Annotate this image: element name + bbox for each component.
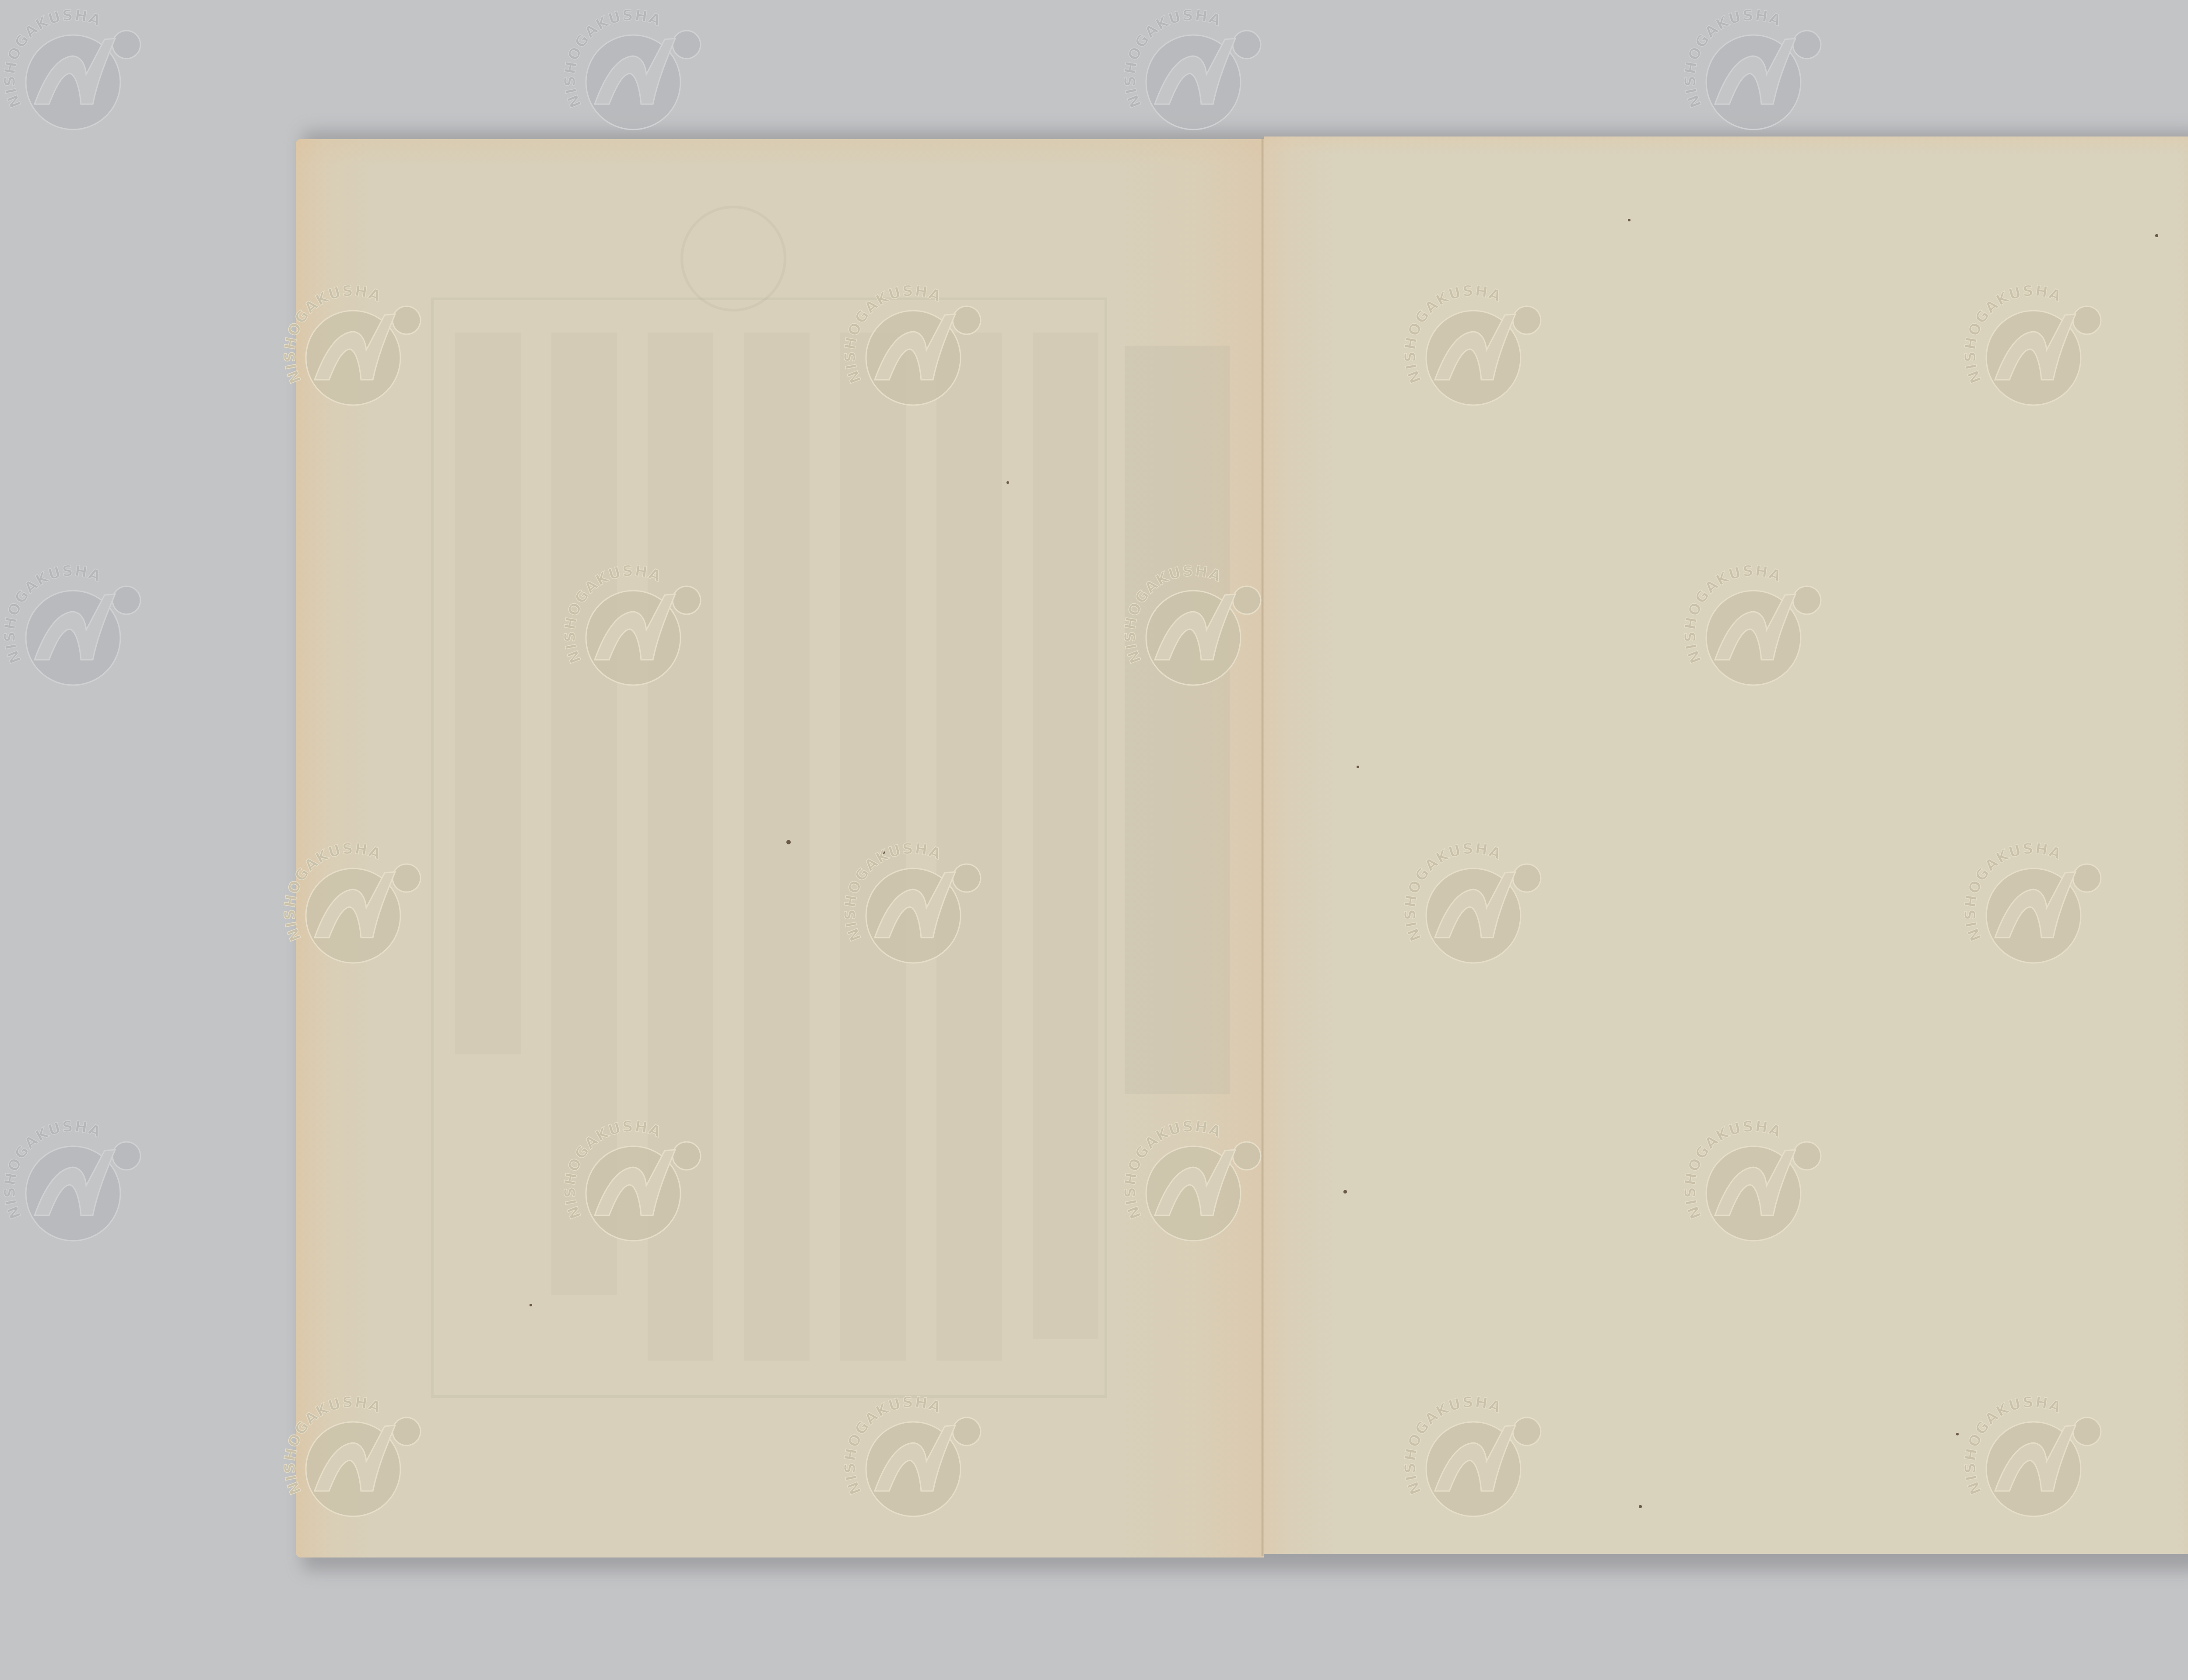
svg-text:NISHOGAKUSHA: NISHOGAKUSHA xyxy=(1123,9,1224,110)
scan-stage: NISHOGAKUSHA NISHOGAKUSHA NISHOGAKUSHA xyxy=(0,0,2188,1680)
nishogakusha-watermark: NISHOGAKUSHA xyxy=(1683,9,1823,149)
watermark-logo-icon: NISHOGAKUSHA xyxy=(1123,9,1263,149)
svg-text:NISHOGAKUSHA: NISHOGAKUSHA xyxy=(3,1120,104,1221)
paper-speck xyxy=(529,1304,532,1306)
nishogakusha-watermark: NISHOGAKUSHA xyxy=(1123,9,1263,149)
watermark-logo-icon: NISHOGAKUSHA xyxy=(3,1120,143,1260)
watermark-logo-icon: NISHOGAKUSHA xyxy=(3,9,143,149)
nishogakusha-watermark: NISHOGAKUSHA xyxy=(3,564,143,704)
paper-speck xyxy=(882,851,885,854)
paper-speck xyxy=(1628,219,1630,221)
nishogakusha-watermark: NISHOGAKUSHA xyxy=(563,9,703,149)
paper-speck xyxy=(1639,1505,1642,1508)
svg-text:NISHOGAKUSHA: NISHOGAKUSHA xyxy=(3,564,104,666)
showthrough-title-slip xyxy=(1125,346,1230,1094)
paper-speck xyxy=(1343,1190,1347,1193)
nishogakusha-watermark: NISHOGAKUSHA xyxy=(3,1120,143,1260)
watermark-logo-icon: NISHOGAKUSHA xyxy=(3,564,143,704)
svg-text:NISHOGAKUSHA: NISHOGAKUSHA xyxy=(1683,9,1784,110)
showthrough-text-column xyxy=(455,332,521,1054)
watermark-logo-icon: NISHOGAKUSHA xyxy=(563,9,703,149)
showthrough-text-column xyxy=(551,332,617,1295)
nishogakusha-watermark: NISHOGAKUSHA xyxy=(3,9,143,149)
svg-text:NISHOGAKUSHA: NISHOGAKUSHA xyxy=(3,9,104,110)
watermark-logo-icon: NISHOGAKUSHA xyxy=(1683,9,1823,149)
right-page xyxy=(1264,136,2188,1554)
book-spine xyxy=(1261,138,1264,1556)
paper-speck xyxy=(1006,481,1009,484)
paper-speck xyxy=(1357,766,1359,768)
showthrough-text-column xyxy=(1033,332,1098,1339)
showthrough-text-column xyxy=(936,332,1002,1361)
showthrough-text-column xyxy=(648,332,713,1361)
svg-text:NISHOGAKUSHA: NISHOGAKUSHA xyxy=(563,9,664,110)
showthrough-text-column xyxy=(840,332,906,1361)
paper-speck xyxy=(786,840,791,844)
paper-speck xyxy=(1956,1433,1959,1435)
paper-speck xyxy=(2155,234,2158,237)
showthrough-text-column xyxy=(744,332,810,1361)
showthrough-seal xyxy=(680,206,786,311)
